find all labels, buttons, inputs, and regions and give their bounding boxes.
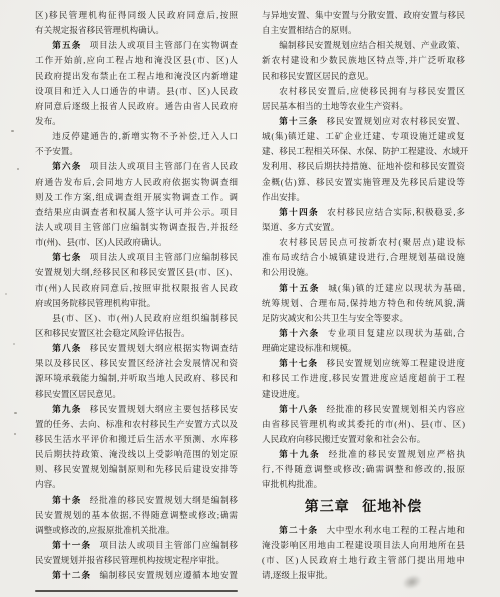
line-text: 县(市、区)、市(州)人民政府应组织编制移民: [52, 313, 238, 323]
text-line: 市(州)人民政府同意后,按照审批权限报省人民政: [35, 281, 238, 296]
line-text: 由省移民管理机构或其委托的市(州)、县(市、区): [262, 419, 465, 429]
line-text: 与异地安置、集中安置与分散安置、政府安置与移民: [262, 10, 465, 20]
text-line: 果以及移民区、移民安置区经济社会发展情况和资: [35, 356, 238, 371]
text-line: 移民生活水平评价和搬迁后生活水平预测、水库移: [35, 432, 238, 447]
line-text: 不予安置。: [35, 146, 78, 156]
line-text: 移民安置规划大纲应主要包括移民安: [90, 404, 238, 414]
line-text: 经批准的移民安置规划相关内容应: [326, 404, 465, 414]
text-line: 府通告发布后,会同地方人民政府依据实物调查细: [35, 175, 238, 190]
article-number: 第六条: [52, 161, 81, 171]
article-number: 第八条: [52, 343, 81, 353]
text-line: 金概(估)算、移民安置实施管理及先移民后建设等: [262, 175, 465, 190]
text-line: 理确定建设标准和规模。: [262, 341, 465, 356]
line-text: 府同意后逐级上报省人民政府。通告由省人民政府: [35, 101, 238, 111]
article-start-line: 第十四条农村移民应结合实际,积极稳妥,多: [262, 205, 465, 220]
text-line: 区和移民安置区社会稳定风险评估报告。: [35, 326, 238, 341]
line-text: 项目法人或项目主管部门应编制移民: [90, 252, 238, 262]
article-number: 第十条: [52, 495, 81, 505]
line-text: 理确定建设标准和规模。: [262, 343, 357, 353]
line-text: 移民安置规划大纲应根据实物调查结: [90, 343, 238, 353]
article-number: 第十五条: [279, 283, 320, 293]
line-text: 区)移民管理机构征得同级人民政府同意后,按照: [35, 10, 238, 20]
text-line: 作出安排。: [262, 190, 465, 205]
line-text: 人民政府向移民搬迁安置对象和社会公布。: [262, 434, 425, 444]
scan-speck: [5, 293, 7, 295]
line-text: 统筹规划、合理布局,保持地方特色和传统风貌,满: [262, 298, 465, 308]
line-text: 法人或项目主管部门应编制实物调查报告,并报经: [35, 222, 238, 232]
text-line: 建、移民工程相关环保、水保、防护工程建设、水域开: [262, 144, 465, 159]
article-start-line: 第七条项目法人或项目主管部门应编制移民: [35, 250, 238, 265]
text-line: 民安置规划的基本依据,不得随意调整或修改;确需: [35, 508, 238, 523]
article-start-line: 第八条移民安置规划大纲应根据实物调查结: [35, 341, 238, 356]
line-text: 置的任务、去向、标准和农村移民生产安置方式以及: [35, 419, 238, 429]
line-text: 建、移民工程相关环保、水保、防护工程建设、水域开: [262, 146, 468, 156]
line-text: (市、区)人民政府土地行政主管部门提出用地申: [262, 555, 465, 565]
text-line: 新农村建设和少数民族地区特点等,并广泛听取移: [262, 53, 465, 68]
text-line: 安置规划大纲,经移民区和移民安置区县(市、区)、: [35, 265, 238, 280]
line-text: 项目法人或项目主管部门在省人民政: [90, 161, 238, 171]
line-text: 编制移民安置规划应结合相关规划、产业政策、: [279, 40, 465, 50]
text-line: 府或国务院移民管理机构审批。: [35, 296, 238, 311]
line-text: 城(集)镇迁建、工矿企业迁建、专项设施迁建或复: [262, 131, 465, 141]
article-number: 第十六条: [279, 328, 320, 338]
line-text: 项目法人或项目主管部门应编制移: [99, 540, 238, 550]
chapter-title: 征地补偿: [362, 500, 422, 515]
text-line: 发利用、移民后期扶持措施、征地补偿和移民安置资: [262, 159, 465, 174]
line-text: 移民安置规划应对农村移民安置、: [326, 116, 465, 126]
article-start-line: 第十条经批准的移民安置规划大纲是编制移: [35, 493, 238, 508]
line-text: 建设进度。: [262, 389, 305, 399]
text-line: 请,逐级上报审批。: [262, 568, 465, 583]
text-line: 民和移民安置区居民的意见。: [262, 69, 465, 84]
bottom-rule-line: [35, 590, 238, 592]
line-text: 移民生活水平评价和搬迁后生活水平预测、水库移: [35, 434, 238, 444]
article-start-line: 第九条移民安置规划大纲应主要包括移民安: [35, 402, 238, 417]
line-text: 移民安置规划应统筹工程建设进度: [326, 358, 465, 368]
article-number: 第十四条: [279, 207, 319, 217]
article-number: 第十二条: [52, 570, 91, 580]
line-text: 和移民工作进度,移民安置进度应适度超前于工程: [262, 373, 465, 383]
line-text: 城(集)镇的迁建应以现状为基础,: [328, 283, 465, 293]
line-text: 渠道、多方式安置。: [262, 222, 339, 232]
article-number: 第九条: [52, 404, 81, 414]
line-text: 则、移民安置规划编制原则和先移民后建设安排等: [35, 464, 238, 474]
article-number: 第十八条: [279, 404, 318, 414]
text-line: 农村移民居民点可按新农村(聚居点)建设标: [262, 235, 465, 250]
line-text: 府通告发布后,会同地方人民政府依据实物调查细: [35, 177, 238, 187]
article-number: 第十一条: [52, 540, 91, 550]
text-line: 设项目和迁入人口通告的申请。县(市、区)人民政: [35, 84, 238, 99]
text-line: 区)移民管理机构征得同级人民政府同意后,按照: [35, 8, 238, 23]
line-text: 编制移民安置规划应遵循本地安置: [99, 570, 238, 580]
line-text: 民后期扶持政策、淹没线以上受影响范围的划定原: [35, 449, 238, 459]
line-text: 金概(估)算、移民安置实施管理及先移民后建设等: [262, 177, 465, 187]
line-text: 和公用设施。: [262, 267, 314, 277]
text-line: 民政府提出发布禁止在工程占地和淹没区内新增建: [35, 69, 238, 84]
column-right: 与异地安置、集中安置与分散安置、政府安置与移民自主安置相结合的原则。编制移民安置…: [262, 8, 465, 583]
text-line: 移民安置区居民意见。: [35, 387, 238, 402]
line-text: 请,逐级上报审批。: [262, 570, 333, 580]
line-text: 农村移民安置后,应使移民拥有与移民安置区: [279, 86, 465, 96]
line-text: 民安置规划的基本依据,不得随意调整或修改;确需: [35, 510, 238, 520]
line-text: 作出安排。: [262, 192, 305, 202]
article-start-line: 第十一条项目法人或项目主管部门应编制移: [35, 538, 238, 553]
article-number: 第十七条: [279, 358, 318, 368]
text-line: 人民政府向移民搬迁安置对象和社会公布。: [262, 432, 465, 447]
text-line: 民安置规划并报省移民管理机构按规定程序审批。: [35, 553, 238, 568]
text-line: 法人或项目主管部门应编制实物调查报告,并报经: [35, 220, 238, 235]
text-line: 民后期扶持政策、淹没线以上受影响范围的划定原: [35, 447, 238, 462]
text-line: 足防灾减灾和公共卫生与安全等要求。: [262, 311, 465, 326]
text-line: 城(集)镇迁建、工矿企业迁建、专项设施迁建或复: [262, 129, 465, 144]
line-text: 则及工作方案,组成调查组开展实物调查工作。调: [35, 192, 238, 202]
text-line: 审批机构批准。: [262, 477, 465, 492]
line-text: 新农村建设和少数民族地区特点等,并广泛听取移: [262, 55, 465, 65]
column-left: 区)移民管理机构征得同级人民政府同意后,按照有关规定报省移民管理机构确认。第五条…: [35, 8, 238, 583]
text-line: 调整或修改的,应报原批准机关批准。: [35, 523, 238, 538]
line-text: 移民安置区居民意见。: [35, 389, 121, 399]
article-start-line: 第十五条城(集)镇的迁建应以现状为基础,: [262, 281, 465, 296]
article-number: 第十九条: [279, 449, 320, 459]
article-number: 第二十条: [279, 525, 318, 535]
line-text: 发布。: [35, 116, 61, 126]
line-text: 市(州)人民政府同意后,按照审批权限报省人民政: [35, 283, 238, 293]
chapter-heading: 第三章征地补偿: [262, 493, 465, 523]
line-text: 足防灾减灾和公共卫生与安全等要求。: [262, 313, 408, 323]
line-text: 民安置规划并报省移民管理机构按规定程序审批。: [35, 555, 224, 565]
text-line: (市、区)人民政府土地行政主管部门提出用地申: [262, 553, 465, 568]
line-text: 自主安置相结合的原则。: [262, 25, 357, 35]
line-text: 大中型水利水电工程的工程占地和: [326, 525, 465, 535]
line-text: 经批准的移民安置规划大纲是编制移: [90, 495, 238, 505]
text-line: 有关规定报省移民管理机构确认。: [35, 23, 238, 38]
line-text: 果以及移民区、移民安置区经济社会发展情况和资: [35, 358, 238, 368]
line-text: 违反停建通告的,新增实物不予补偿,迁入人口: [52, 131, 238, 141]
text-line: 府同意后逐级上报省人民政府。通告由省人民政府: [35, 99, 238, 114]
line-text: 准布局或结合小城镇建设进行,合理规划基础设施: [262, 252, 465, 262]
line-text: 府或国务院移民管理机构审批。: [35, 298, 155, 308]
text-line: 县(市、区)、市(州)人民政府应组织编制移民: [35, 311, 238, 326]
text-line: 由省移民管理机构或其委托的市(州)、县(市、区): [262, 417, 465, 432]
article-start-line: 第二十条大中型水利水电工程的工程占地和: [262, 523, 465, 538]
line-text: 项目法人或项目主管部门在实物调查: [90, 40, 238, 50]
text-line: 和公用设施。: [262, 265, 465, 280]
article-start-line: 第十七条移民安置规划应统筹工程建设进度: [262, 356, 465, 371]
scan-speck: [14, 433, 16, 435]
text-line: 内容。: [35, 477, 238, 492]
scan-speck: [17, 168, 19, 170]
text-line: 查结果应由调查者和权属人签字认可并公示。项目: [35, 205, 238, 220]
line-text: 设项目和迁入人口通告的申请。县(市、区)人民政: [35, 86, 238, 96]
text-line: 违反停建通告的,新增实物不予补偿,迁入人口: [35, 129, 238, 144]
text-line: 发布。: [35, 114, 238, 129]
text-line: 行,不得随意调整或修改;确需调整和修改的,报原: [262, 462, 465, 477]
text-line: 建设进度。: [262, 387, 465, 402]
article-start-line: 第十八条经批准的移民安置规划相关内容应: [262, 402, 465, 417]
line-text: 区和移民安置区社会稳定风险评估报告。: [35, 328, 190, 338]
line-text: 内容。: [35, 479, 61, 489]
article-start-line: 第五条项目法人或项目主管部门在实物调查: [35, 38, 238, 53]
text-line: 自主安置相结合的原则。: [262, 23, 465, 38]
line-text: 安置规划大纲,经移民区和移民安置区县(市、区)、: [35, 267, 238, 277]
article-start-line: 第十三条移民安置规划应对农村移民安置、: [262, 114, 465, 129]
article-start-line: 第十六条专业项目复建应以现状为基础,合: [262, 326, 465, 341]
text-line: 不予安置。: [35, 144, 238, 159]
text-line: 则及工作方案,组成调查组开展实物调查工作。调: [35, 190, 238, 205]
article-start-line: 第十二条编制移民安置规划应遵循本地安置: [35, 568, 238, 583]
line-text: 市(州)、县(市、区)人民政府确认。: [35, 237, 167, 247]
article-number: 第七条: [52, 252, 81, 262]
scanned-document-page: 区)移民管理机构征得同级人民政府同意后,按照有关规定报省移民管理机构确认。第五条…: [0, 0, 500, 597]
line-text: 农村移民应结合实际,积极稳妥,多: [327, 207, 465, 217]
line-text: 行,不得随意调整或修改;确需调整和修改的,报原: [262, 464, 465, 474]
text-line: 渠道、多方式安置。: [262, 220, 465, 235]
scan-speck: [11, 130, 14, 132]
text-line: 农村移民安置后,应使移民拥有与移民安置区: [262, 84, 465, 99]
line-text: 查结果应由调查者和权属人签字认可并公示。项目: [35, 207, 238, 217]
line-text: 审批机构批准。: [262, 479, 322, 489]
article-number: 第十三条: [279, 116, 318, 126]
line-text: 居民基本相当的土地等农业生产资料。: [262, 101, 408, 111]
article-number: 第五条: [52, 40, 81, 50]
text-line: 统筹规划、合理布局,保持地方特色和传统风貌,满: [262, 296, 465, 311]
text-line: 和移民工作进度,移民安置进度应适度超前于工程: [262, 371, 465, 386]
text-line: 源环境承载能力编制,并听取当地人民政府、移民和: [35, 371, 238, 386]
text-line: 居民基本相当的土地等农业生产资料。: [262, 99, 465, 114]
line-text: 工作开始前,应向工程占地和淹没区县(市、区)人: [35, 55, 238, 65]
text-line: 准布局或结合小城镇建设进行,合理规划基础设施: [262, 250, 465, 265]
line-text: 民和移民安置区居民的意见。: [262, 71, 374, 81]
line-text: 发利用、移民后期扶持措施、征地补偿和移民安置资: [262, 161, 465, 171]
line-text: 经批准的移民安置规划应严格执: [329, 449, 465, 459]
line-text: 源环境承载能力编制,并听取当地人民政府、移民和: [35, 373, 238, 383]
article-start-line: 第六条项目法人或项目主管部门在省人民政: [35, 159, 238, 174]
chapter-number: 第三章: [305, 500, 350, 515]
article-start-line: 第十九条经批准的移民安置规划应严格执: [262, 447, 465, 462]
text-line: 市(州)、县(市、区)人民政府确认。: [35, 235, 238, 250]
line-text: 有关规定报省移民管理机构确认。: [35, 25, 164, 35]
text-line: 编制移民安置规划应结合相关规划、产业政策、: [262, 38, 465, 53]
text-line: 工作开始前,应向工程占地和淹没区县(市、区)人: [35, 53, 238, 68]
line-text: 民政府提出发布禁止在工程占地和淹没区内新增建: [35, 71, 238, 81]
text-line: 置的任务、去向、标准和农村移民生产安置方式以及: [35, 417, 238, 432]
scan-speck: [13, 343, 15, 345]
text-line: 则、移民安置规划编制原则和先移民后建设安排等: [35, 462, 238, 477]
line-text: 农村移民居民点可按新农村(聚居点)建设标: [279, 237, 465, 247]
line-text: 调整或修改的,应报原批准机关批准。: [35, 525, 175, 535]
text-line: 淹没影响区用地由工程建设项目法人向用地所在县: [262, 538, 465, 553]
text-line: 与异地安置、集中安置与分散安置、政府安置与移民: [262, 8, 465, 23]
line-text: 专业项目复建应以现状为基础,合: [328, 328, 465, 338]
scan-speck: [14, 412, 17, 414]
line-text: 淹没影响区用地由工程建设项目法人向用地所在县: [262, 540, 465, 550]
